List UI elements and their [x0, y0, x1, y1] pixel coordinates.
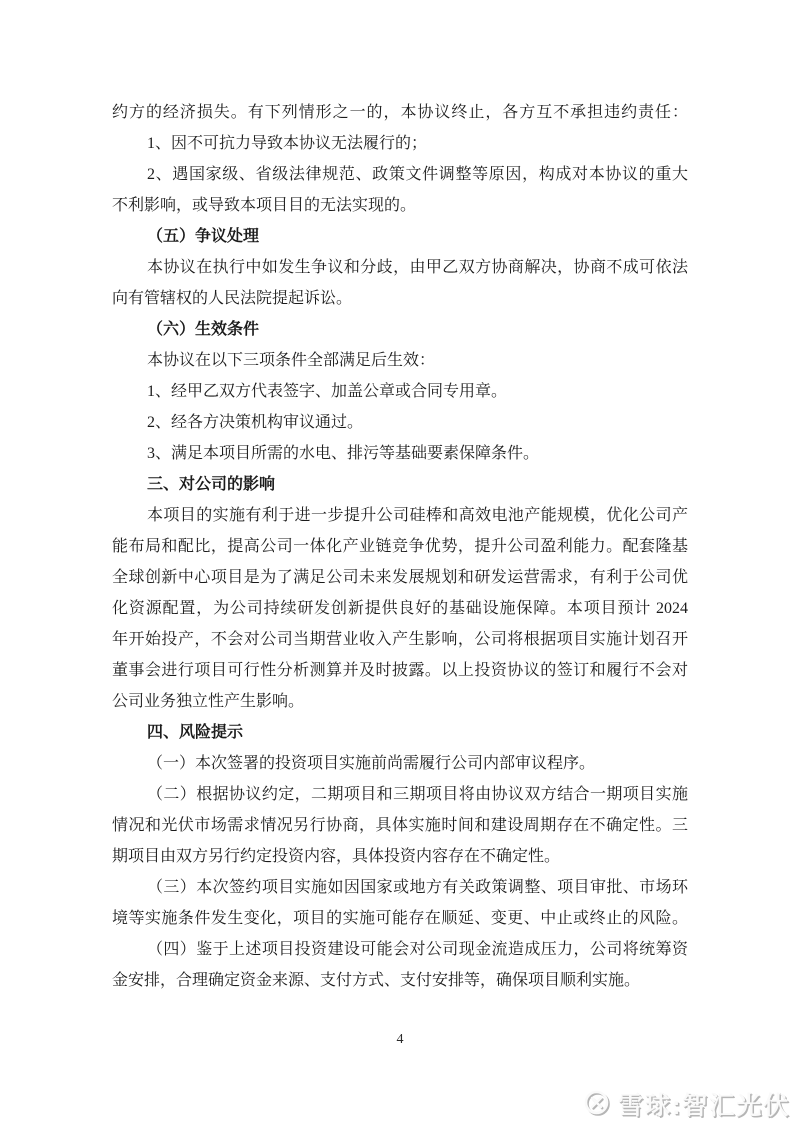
- document-line: 本项目的实施有利于进一步提升公司硅棒和高效电池产能规模，优化公司产: [112, 500, 688, 531]
- document-line: 约方的经济损失。有下列情形之一的，本协议终止，各方互不承担违约责任：: [112, 97, 688, 128]
- document-line: （三）本次签约项目实施如因国家或地方有关政策调整、项目审批、市场环: [112, 872, 688, 903]
- section-heading: （六）生效条件: [112, 314, 688, 345]
- document-line: 3、满足本项目所需的水电、排污等基础要素保障条件。: [112, 438, 688, 469]
- document-line: 2、经各方决策机构审议通过。: [112, 407, 688, 438]
- document-line: 1、经甲乙双方代表签字、加盖公章或合同专用章。: [112, 376, 688, 407]
- document-line: 情况和光伏市场需求情况另行协商，具体实施时间和建设周期存在不确定性。三: [112, 810, 688, 841]
- document-line: 金安排，合理确定资金来源、支付方式、支付安排等，确保项目顺利实施。: [112, 965, 688, 996]
- document-line: 境等实施条件发生变化，项目的实施可能存在顺延、变更、中止或终止的风险。: [112, 903, 688, 934]
- snowball-x-circle-icon: [583, 1087, 611, 1122]
- document-line: 化资源配置，为公司持续研发创新提供良好的基础设施保障。本项目预计 2024: [112, 593, 688, 624]
- document-line: （一）本次签署的投资项目实施前尚需履行公司内部审议程序。: [112, 748, 688, 779]
- document-line: 公司业务独立性产生影响。: [112, 686, 688, 717]
- document-line: 向有管辖权的人民法院提起诉讼。: [112, 283, 688, 314]
- page-number: 4: [0, 1032, 800, 1048]
- watermark-text: 雪球:智汇光伏: [618, 1086, 790, 1122]
- watermark: 雪球:智汇光伏: [583, 1088, 790, 1120]
- document-line: 1、因不可抗力导致本协议无法履行的；: [112, 128, 688, 159]
- document-line: （二）根据协议约定，二期项目和三期项目将由协议双方结合一期项目实施: [112, 779, 688, 810]
- document-line: 能布局和配比，提高公司一体化产业链竞争优势，提升公司盈利能力。配套隆基: [112, 531, 688, 562]
- document-line: 董事会进行项目可行性分析测算并及时披露。以上投资协议的签订和履行不会对: [112, 655, 688, 686]
- section-heading: 四、风险提示: [112, 717, 688, 748]
- document-line: 2、遇国家级、省级法律规范、政策文件调整等原因，构成对本协议的重大: [112, 159, 688, 190]
- document-line: （四）鉴于上述项目投资建设可能会对公司现金流造成压力，公司将统筹资: [112, 934, 688, 965]
- document-line: 年开始投产，不会对公司当期营业收入产生影响，公司将根据项目实施计划召开: [112, 624, 688, 655]
- section-heading: 三、对公司的影响: [112, 469, 688, 500]
- document-line: 本协议在执行中如发生争议和分歧，由甲乙双方协商解决，协商不成可依法: [112, 252, 688, 283]
- document-line: 期项目由双方另行约定投资内容，具体投资内容存在不确定性。: [112, 841, 688, 872]
- document-page: 约方的经济损失。有下列情形之一的，本协议终止，各方互不承担违约责任： 1、因不可…: [0, 0, 800, 1131]
- document-line: 不利影响，或导致本项目目的无法实现的。: [112, 190, 688, 221]
- document-line: 本协议在以下三项条件全部满足后生效：: [112, 345, 688, 376]
- section-heading: （五）争议处理: [112, 221, 688, 252]
- document-line: 全球创新中心项目是为了满足公司未来发展规划和研发运营需求，有利于公司优: [112, 562, 688, 593]
- text-block: 约方的经济损失。有下列情形之一的，本协议终止，各方互不承担违约责任： 1、因不可…: [112, 97, 688, 996]
